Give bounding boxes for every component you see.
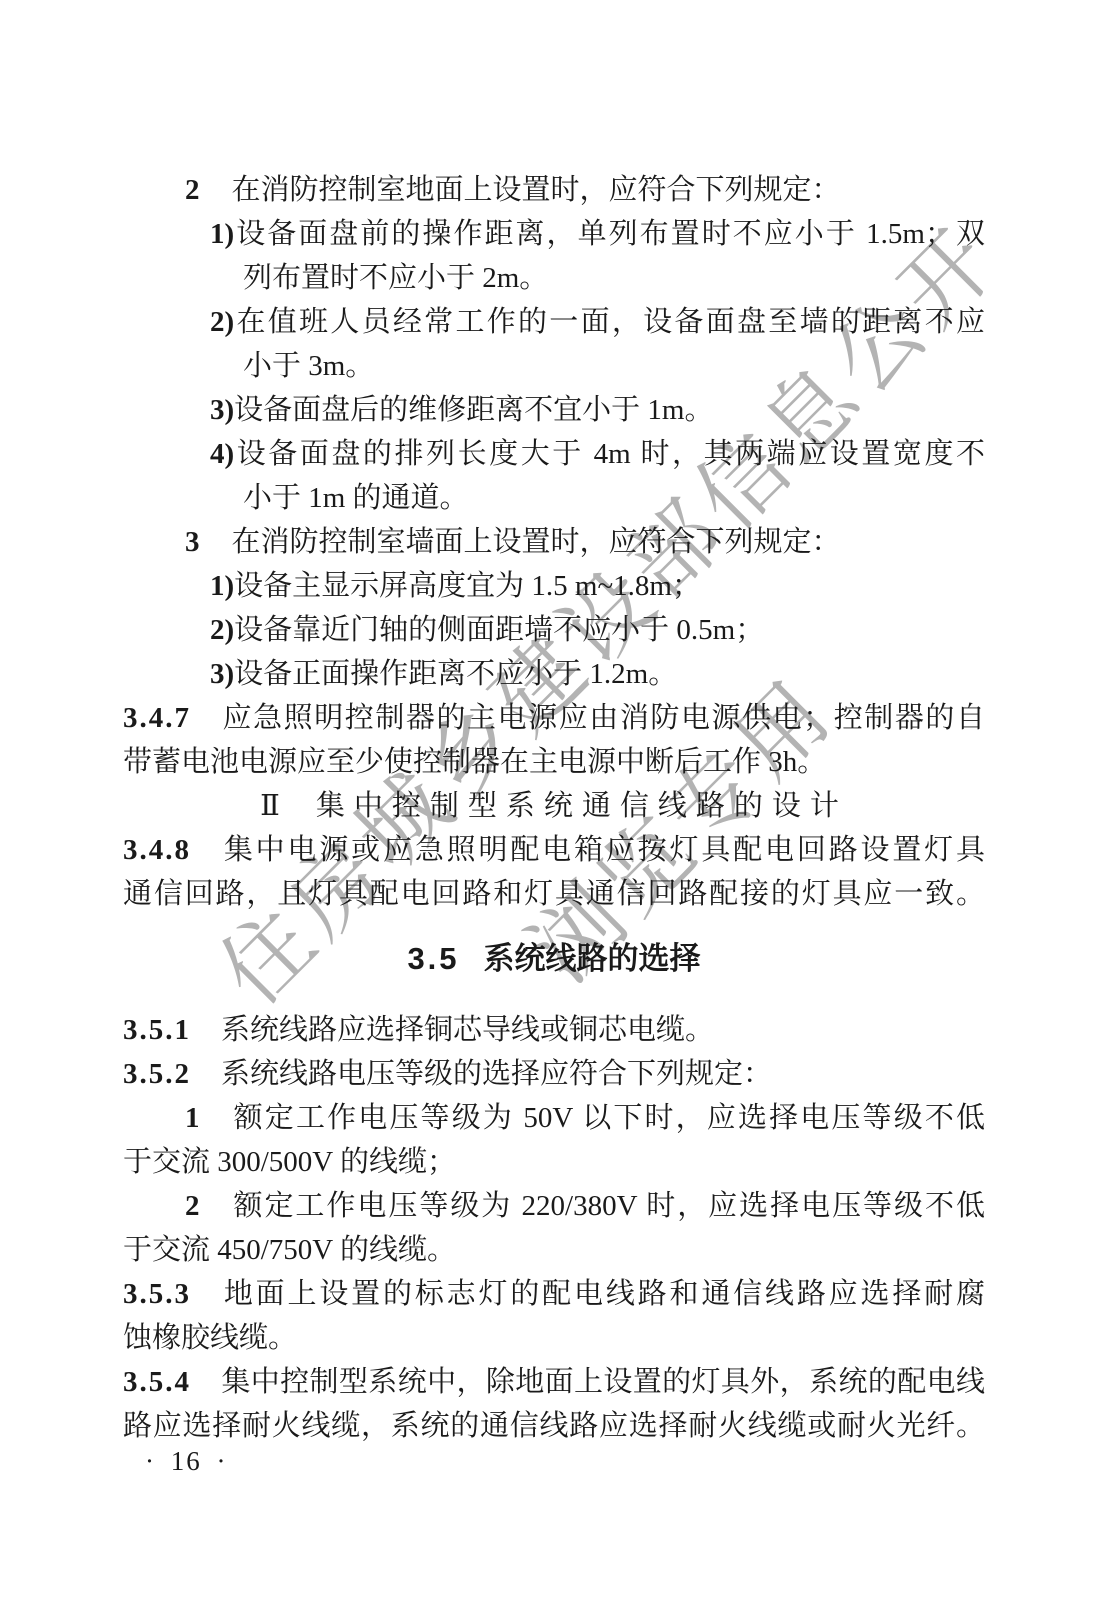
line-text: 列布置时不应小于 2m。 bbox=[243, 262, 548, 294]
page-number: · 16 · bbox=[145, 1446, 227, 1477]
section-title: 系统线路的选择 bbox=[484, 941, 701, 976]
subitem-text: 设备面盘前的操作距离，单列布置时不应小于 1.5m；双 bbox=[234, 218, 985, 250]
section-number: 3.5 bbox=[407, 941, 459, 976]
clause-number: 3.5.3 bbox=[123, 1278, 191, 1310]
clause-text: 应急照明控制器的主电源应由消防电源供电；控制器的自 bbox=[221, 702, 985, 734]
item-number: 1 bbox=[185, 1102, 202, 1134]
continuation-line: 路应选择耐火线缆，系统的通信线路应选择耐火线缆或耐火光纤。 bbox=[123, 1404, 985, 1448]
subitem-number: 1) bbox=[210, 218, 234, 250]
clause-line: 3.5.4集中控制型系统中，除地面上设置的灯具外，系统的配电线 bbox=[123, 1360, 985, 1404]
line-text: 于交流 450/750V 的线缆。 bbox=[123, 1234, 456, 1266]
item-number: 3 bbox=[185, 526, 202, 558]
subitem-number: 2) bbox=[210, 306, 234, 338]
subitem-line: 2)在值班人员经常工作的一面，设备面盘至墙的距离不应 bbox=[123, 300, 985, 344]
roman-numeral: Ⅱ bbox=[260, 790, 280, 822]
clause-number: 3.5.1 bbox=[123, 1014, 191, 1046]
clause-text: 集中电源或应急照明配电箱应按灯具配电回路设置灯具 bbox=[221, 834, 985, 866]
section-heading-3-5: 3.5系统线路的选择 bbox=[123, 938, 985, 980]
subitem-number: 2) bbox=[210, 614, 234, 646]
continuation-line: 带蓄电池电源应至少使控制器在主电源中断后工作 3h。 bbox=[123, 740, 985, 784]
subheading-text: 集中控制型系统通信线路的设计 bbox=[316, 790, 848, 822]
clause-line: 3.5.2系统线路电压等级的选择应符合下列规定： bbox=[123, 1052, 985, 1096]
continuation-line: 蚀橡胶线缆。 bbox=[123, 1316, 985, 1360]
continuation-line: 列布置时不应小于 2m。 bbox=[123, 256, 985, 300]
line-text: 于交流 300/500V 的线缆； bbox=[123, 1146, 456, 1178]
subitem-number: 1) bbox=[210, 570, 234, 602]
subitem-line: 3)设备面盘后的维修距离不宜小于 1m。 bbox=[123, 388, 985, 432]
subitem-number: 3) bbox=[210, 394, 234, 426]
document-page: 住房城乡建设部信息公开 浏览专用 2在消防控制室地面上设置时，应符合下列规定： … bbox=[0, 0, 1102, 1597]
line-text: 带蓄电池电源应至少使控制器在主电源中断后工作 3h。 bbox=[123, 746, 826, 778]
subitem-text: 设备面盘的排列长度大于 4m 时，其两端应设置宽度不 bbox=[234, 438, 985, 470]
subitem-line: 2)设备靠近门轴的侧面距墙不应小于 0.5m； bbox=[123, 608, 985, 652]
item-text: 在消防控制室地面上设置时，应符合下列规定： bbox=[232, 174, 841, 206]
line-text: 蚀橡胶线缆。 bbox=[123, 1322, 297, 1354]
continuation-line: 小于 3m。 bbox=[123, 344, 985, 388]
line-text: 通信回路，且灯具配电回路和灯具通信回路配接的灯具应一致。 bbox=[123, 878, 985, 910]
line-text: 小于 3m。 bbox=[243, 350, 374, 382]
clause-text: 集中控制型系统中，除地面上设置的灯具外，系统的配电线 bbox=[221, 1366, 985, 1398]
subitem-number: 3) bbox=[210, 658, 234, 690]
subitem-text: 设备面盘后的维修距离不宜小于 1m。 bbox=[234, 394, 713, 426]
item-line: 3在消防控制室墙面上设置时，应符合下列规定： bbox=[123, 520, 985, 564]
item-text: 在消防控制室墙面上设置时，应符合下列规定： bbox=[232, 526, 841, 558]
subitem-text: 设备主显示屏高度宜为 1.5 m~1.8m； bbox=[234, 570, 701, 602]
clause-text: 系统线路电压等级的选择应符合下列规定： bbox=[221, 1058, 772, 1090]
clause-number: 3.5.4 bbox=[123, 1366, 191, 1398]
continuation-line: 于交流 450/750V 的线缆。 bbox=[123, 1228, 985, 1272]
clause-number: 3.4.8 bbox=[123, 834, 191, 866]
clause-line: 3.5.3地面上设置的标志灯的配电线路和通信线路应选择耐腐 bbox=[123, 1272, 985, 1316]
line-text: 路应选择耐火线缆，系统的通信线路应选择耐火线缆或耐火光纤。 bbox=[123, 1410, 985, 1442]
subitem-line: 1)设备主显示屏高度宜为 1.5 m~1.8m； bbox=[123, 564, 985, 608]
item-number: 2 bbox=[185, 174, 202, 206]
subitem-number: 4) bbox=[210, 438, 234, 470]
continuation-line: 小于 1m 的通道。 bbox=[123, 476, 985, 520]
item-line: 2额定工作电压等级为 220/380V 时，应选择电压等级不低 bbox=[123, 1184, 985, 1228]
continuation-line: 于交流 300/500V 的线缆； bbox=[123, 1140, 985, 1184]
subitem-text: 设备靠近门轴的侧面距墙不应小于 0.5m； bbox=[234, 614, 764, 646]
subitem-text: 设备正面操作距离不应小于 1.2m。 bbox=[234, 658, 677, 690]
item-text: 额定工作电压等级为 50V 以下时，应选择电压等级不低 bbox=[232, 1102, 986, 1134]
subitem-line: 4)设备面盘的排列长度大于 4m 时，其两端应设置宽度不 bbox=[123, 432, 985, 476]
clause-line: 3.4.7应急照明控制器的主电源应由消防电源供电；控制器的自 bbox=[123, 696, 985, 740]
subitem-line: 3)设备正面操作距离不应小于 1.2m。 bbox=[123, 652, 985, 696]
clause-text: 地面上设置的标志灯的配电线路和通信线路应选择耐腐 bbox=[221, 1278, 985, 1310]
roman-numeral-subheading: Ⅱ集中控制型系统通信线路的设计 bbox=[123, 784, 985, 828]
item-text: 额定工作电压等级为 220/380V 时，应选择电压等级不低 bbox=[232, 1190, 986, 1222]
clause-line: 3.5.1系统线路应选择铜芯导线或铜芯电缆。 bbox=[123, 1008, 985, 1052]
subitem-text: 在值班人员经常工作的一面，设备面盘至墙的距离不应 bbox=[234, 306, 985, 338]
continuation-line: 通信回路，且灯具配电回路和灯具通信回路配接的灯具应一致。 bbox=[123, 872, 985, 916]
line-text: 小于 1m 的通道。 bbox=[243, 482, 469, 514]
clause-line: 3.4.8集中电源或应急照明配电箱应按灯具配电回路设置灯具 bbox=[123, 828, 985, 872]
item-line: 2在消防控制室地面上设置时，应符合下列规定： bbox=[123, 168, 985, 212]
item-line: 1额定工作电压等级为 50V 以下时，应选择电压等级不低 bbox=[123, 1096, 985, 1140]
clause-text: 系统线路应选择铜芯导线或铜芯电缆。 bbox=[221, 1014, 714, 1046]
item-number: 2 bbox=[185, 1190, 202, 1222]
clause-number: 3.5.2 bbox=[123, 1058, 191, 1090]
clause-number: 3.4.7 bbox=[123, 702, 191, 734]
subitem-line: 1)设备面盘前的操作距离，单列布置时不应小于 1.5m；双 bbox=[123, 212, 985, 256]
